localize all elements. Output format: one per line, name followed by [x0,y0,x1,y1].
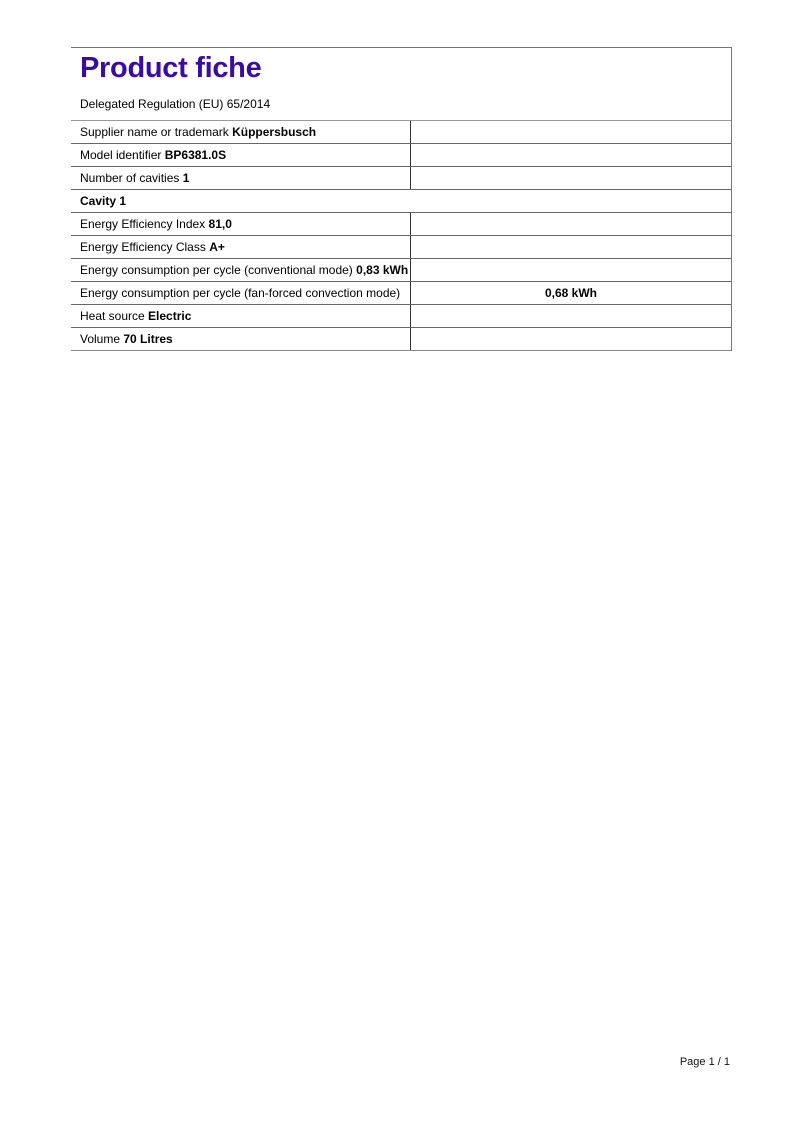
page-number: Page 1 / 1 [680,1056,730,1068]
fiche-header: Product fiche Delegated Regulation (EU) … [71,48,731,121]
table-row-heat-source: Heat source Electric [71,305,731,328]
model-label: Model identifier [80,148,161,162]
cavity-heading: Cavity 1 [80,194,126,208]
column-divider [410,259,411,281]
model-right-cell [411,144,731,166]
supplier-cell: Supplier name or trademark Küppersbusch [71,121,411,143]
supplier-right-cell [411,121,731,143]
energy-class-value: A+ [209,240,225,254]
product-fiche-table: Product fiche Delegated Regulation (EU) … [71,47,732,351]
eei-value: 81,0 [209,217,232,231]
volume-label: Volume [80,332,120,346]
table-row-model: Model identifier BP6381.0S [71,144,731,167]
fan-consumption-value: 0,68 kWh [411,282,731,304]
eei-right-cell [411,213,731,235]
eei-label: Energy Efficiency Index [80,217,205,231]
page-title: Product fiche [80,52,261,85]
conventional-consumption-label: Energy consumption per cycle (convention… [80,263,353,277]
table-row-eei: Energy Efficiency Index 81,0 [71,213,731,236]
model-cell: Model identifier BP6381.0S [71,144,411,166]
fan-consumption-cell: Energy consumption per cycle (fan-forced… [71,282,411,304]
fan-consumption-label: Energy consumption per cycle (fan-forced… [80,286,400,300]
heat-source-right-cell [411,305,731,327]
cavities-cell: Number of cavities 1 [71,167,411,189]
table-row-supplier: Supplier name or trademark Küppersbusch [71,121,731,144]
supplier-value: Küppersbusch [232,125,316,139]
cavities-right-cell [411,167,731,189]
supplier-label: Supplier name or trademark [80,125,229,139]
volume-right-cell [411,328,731,350]
table-row-fan-consumption: Energy consumption per cycle (fan-forced… [71,282,731,305]
cavities-label: Number of cavities [80,171,179,185]
heat-source-value: Electric [148,309,191,323]
table-row-cavities: Number of cavities 1 [71,167,731,190]
heat-source-cell: Heat source Electric [71,305,411,327]
eei-cell: Energy Efficiency Index 81,0 [71,213,411,235]
regulation-subtitle: Delegated Regulation (EU) 65/2014 [80,97,270,111]
cavities-value: 1 [183,171,190,185]
energy-class-right-cell [411,236,731,258]
conventional-consumption-cell: Energy consumption per cycle (convention… [71,259,417,281]
energy-class-cell: Energy Efficiency Class A+ [71,236,411,258]
volume-cell: Volume 70 Litres [71,328,411,350]
conventional-consumption-value: 0,83 kWh [356,263,408,277]
cavity-heading-cell: Cavity 1 [71,190,135,212]
heat-source-label: Heat source [80,309,145,323]
model-value: BP6381.0S [165,148,226,162]
table-row-energy-class: Energy Efficiency Class A+ [71,236,731,259]
table-row-volume: Volume 70 Litres [71,328,731,351]
volume-value: 70 Litres [123,332,172,346]
table-row-conventional-consumption: Energy consumption per cycle (convention… [71,259,731,282]
table-row-cavity-heading: Cavity 1 [71,190,731,213]
energy-class-label: Energy Efficiency Class [80,240,206,254]
